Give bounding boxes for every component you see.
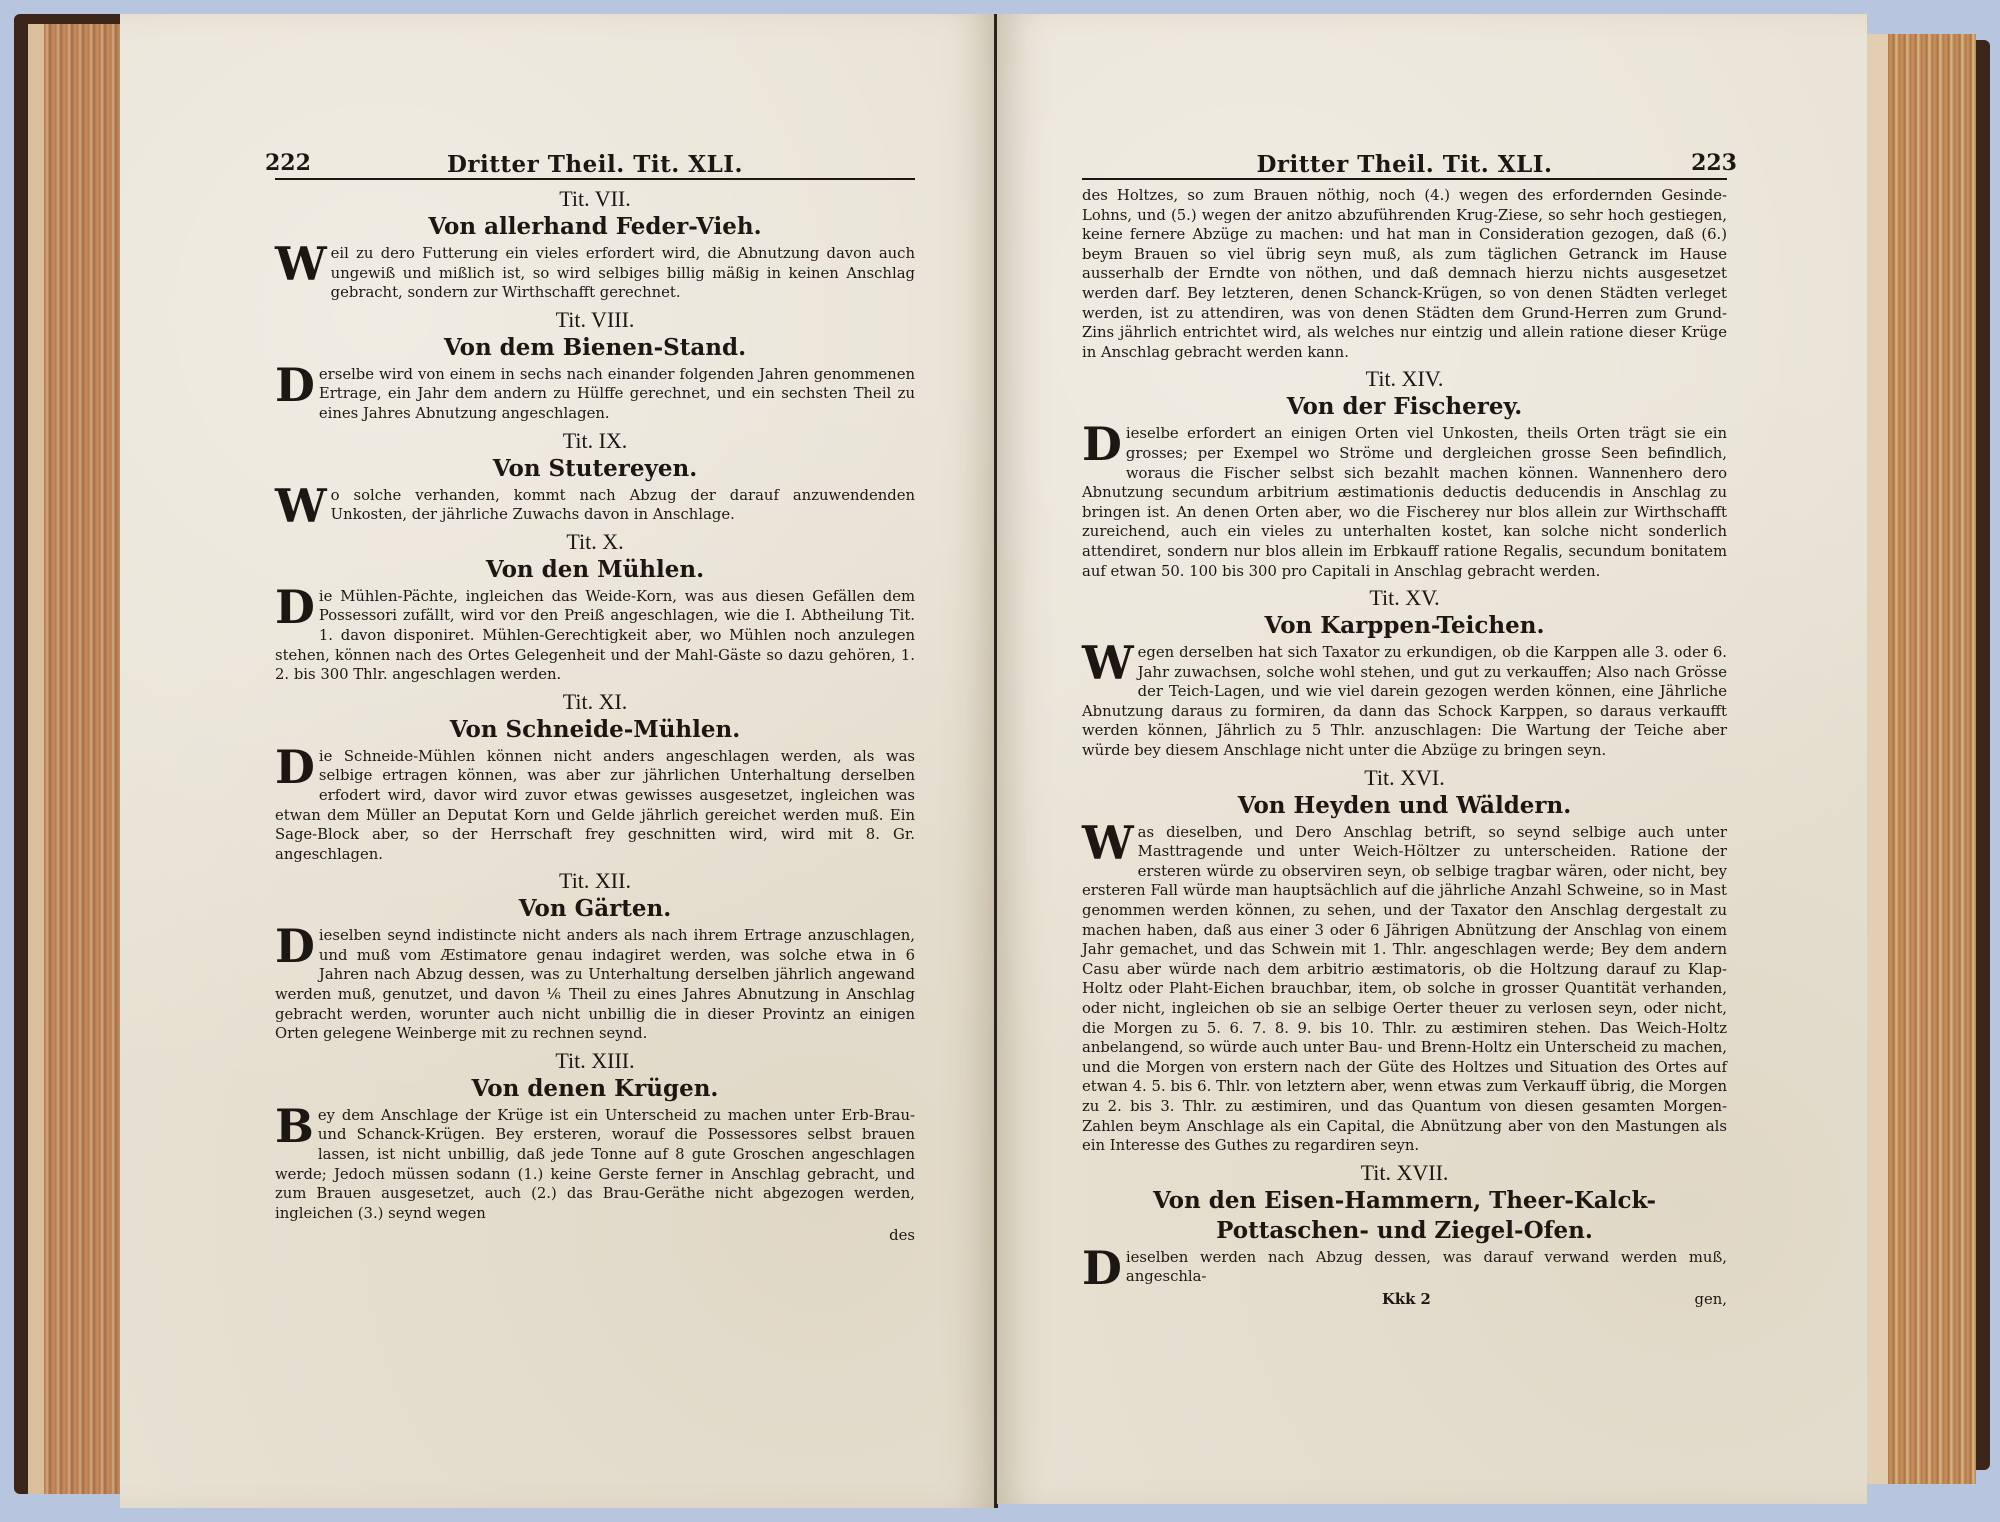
section-heading: Von dem Bienen-Stand. xyxy=(275,333,915,363)
drop-cap: W xyxy=(275,244,327,284)
section-paragraph: Dieselben seynd indistincte nicht anders… xyxy=(275,926,915,1044)
running-head: 222 Dritter Theil. Tit. XLI. xyxy=(275,144,915,180)
section-number: Tit. XVI. xyxy=(1082,765,1727,791)
paragraph-text: ey dem Anschlage der Krüge ist ein Unter… xyxy=(275,1107,915,1222)
continued-paragraph: des Holtzes, so zum Brauen nöthig, noch … xyxy=(1082,186,1727,362)
section-paragraph: Wegen derselben hat sich Taxator zu erku… xyxy=(1082,643,1727,761)
section-paragraph: Dieselbe erfordert an einigen Orten viel… xyxy=(1082,424,1727,581)
paragraph-text: eil zu dero Futterung ein vieles erforde… xyxy=(331,245,915,301)
catchword: des xyxy=(275,1227,915,1245)
drop-cap: W xyxy=(1082,823,1134,863)
section-tit-xii: Tit. XII. Von Gärten. Dieselben seynd in… xyxy=(275,868,915,1044)
section-heading: Von Heyden und Wäldern. xyxy=(1082,791,1727,821)
drop-cap: B xyxy=(275,1106,314,1146)
page-number: 223 xyxy=(1691,150,1737,176)
endpaper-right xyxy=(1866,34,1888,1484)
section-number: Tit. VIII. xyxy=(275,307,915,333)
section-heading: Von den Mühlen. xyxy=(275,555,915,585)
paragraph-text: ieselben seynd indistincte nicht anders … xyxy=(275,927,915,1042)
section-heading: Von den Eisen-Hammern, Theer-Kalck-Potta… xyxy=(1082,1186,1727,1246)
running-head-title: Dritter Theil. Tit. XLI. xyxy=(447,151,743,178)
section-paragraph: Die Mühlen-Pächte, ingleichen das Weide-… xyxy=(275,587,915,685)
open-book: 222 Dritter Theil. Tit. XLI. Tit. VII. V… xyxy=(0,0,2000,1522)
paragraph-text: ieselbe erfordert an einigen Orten viel … xyxy=(1082,425,1727,579)
section-heading: Von denen Krügen. xyxy=(275,1074,915,1104)
section-paragraph: Derselbe wird von einem in sechs nach ei… xyxy=(275,365,915,424)
page-edges-left xyxy=(28,24,124,1494)
signature-mark: Kkk 2 xyxy=(1382,1291,1431,1308)
section-paragraph: Was dieselben, und Dero Anschlag betrift… xyxy=(1082,823,1727,1156)
section-paragraph: Wo solche verhanden, kommt nach Abzug de… xyxy=(275,486,915,525)
section-number: Tit. XI. xyxy=(275,689,915,715)
section-tit-xvi: Tit. XVI. Von Heyden und Wäldern. Was di… xyxy=(1082,765,1727,1156)
drop-cap: D xyxy=(275,365,315,405)
left-text-block: 222 Dritter Theil. Tit. XLI. Tit. VII. V… xyxy=(275,144,915,1245)
section-tit-ix: Tit. IX. Von Stutereyen. Wo solche verha… xyxy=(275,428,915,525)
section-number: Tit. X. xyxy=(275,529,915,555)
page-edges-right xyxy=(1866,34,1976,1484)
section-tit-x: Tit. X. Von den Mühlen. Die Mühlen-Pächt… xyxy=(275,529,915,685)
section-number: Tit. XIII. xyxy=(275,1048,915,1074)
section-number: Tit. VII. xyxy=(275,186,915,212)
section-paragraph: Dieselben werden nach Abzug dessen, was … xyxy=(1082,1248,1727,1287)
section-heading: Von der Fischerey. xyxy=(1082,392,1727,422)
section-heading: Von Stutereyen. xyxy=(275,454,915,484)
drop-cap: W xyxy=(275,486,327,526)
paragraph-text: as dieselben, und Dero Anschlag betrift,… xyxy=(1082,824,1727,1155)
section-number: Tit. XV. xyxy=(1082,585,1727,611)
running-head-title: Dritter Theil. Tit. XLI. xyxy=(1256,151,1552,178)
section-tit-xiii: Tit. XIII. Von denen Krügen. Bey dem Ans… xyxy=(275,1048,915,1224)
paragraph-text: erselbe wird von einem in sechs nach ein… xyxy=(319,366,915,422)
catchword: gen, xyxy=(1695,1291,1727,1308)
drop-cap: D xyxy=(275,587,315,627)
section-number: Tit. IX. xyxy=(275,428,915,454)
right-text-block: Dritter Theil. Tit. XLI. 223 des Holtzes… xyxy=(1082,144,1727,1311)
section-tit-vii: Tit. VII. Von allerhand Feder-Vieh. Weil… xyxy=(275,186,915,303)
drop-cap: D xyxy=(1082,424,1122,464)
drop-cap: D xyxy=(275,747,315,787)
paragraph-text: o solche verhanden, kommt nach Abzug der… xyxy=(331,487,915,524)
drop-cap: D xyxy=(1082,1248,1122,1288)
paragraph-text: ieselben werden nach Abzug dessen, was d… xyxy=(1126,1249,1727,1286)
right-page: Dritter Theil. Tit. XLI. 223 des Holtzes… xyxy=(997,14,1867,1504)
section-tit-xi: Tit. XI. Von Schneide-Mühlen. Die Schnei… xyxy=(275,689,915,865)
page-footer: Kkk 2 gen, xyxy=(1082,1291,1727,1311)
section-heading: Von allerhand Feder-Vieh. xyxy=(275,212,915,242)
section-number: Tit. XIV. xyxy=(1082,366,1727,392)
endpaper-left xyxy=(28,24,44,1494)
paragraph-text: ie Mühlen-Pächte, ingleichen das Weide-K… xyxy=(275,588,915,683)
section-tit-xvii: Tit. XVII. Von den Eisen-Hammern, Theer-… xyxy=(1082,1160,1727,1287)
section-paragraph: Die Schneide-Mühlen können nicht anders … xyxy=(275,747,915,865)
section-number: Tit. XII. xyxy=(275,868,915,894)
section-heading: Von Schneide-Mühlen. xyxy=(275,715,915,745)
running-head: Dritter Theil. Tit. XLI. 223 xyxy=(1082,144,1727,180)
left-page: 222 Dritter Theil. Tit. XLI. Tit. VII. V… xyxy=(120,14,997,1508)
drop-cap: W xyxy=(1082,643,1134,683)
section-tit-viii: Tit. VIII. Von dem Bienen-Stand. Derselb… xyxy=(275,307,915,424)
section-tit-xv: Tit. XV. Von Karppen-Teichen. Wegen ders… xyxy=(1082,585,1727,761)
section-number: Tit. XVII. xyxy=(1082,1160,1727,1186)
section-tit-xiv: Tit. XIV. Von der Fischerey. Dieselbe er… xyxy=(1082,366,1727,581)
section-paragraph: Weil zu dero Futterung ein vieles erford… xyxy=(275,244,915,303)
paragraph-text: egen derselben hat sich Taxator zu erkun… xyxy=(1082,644,1727,759)
paragraph-text: ie Schneide-Mühlen können nicht anders a… xyxy=(275,748,915,863)
drop-cap: D xyxy=(275,926,315,966)
section-heading: Von Karppen-Teichen. xyxy=(1082,611,1727,641)
page-number: 222 xyxy=(265,150,311,176)
section-paragraph: Bey dem Anschlage der Krüge ist ein Unte… xyxy=(275,1106,915,1224)
section-heading: Von Gärten. xyxy=(275,894,915,924)
